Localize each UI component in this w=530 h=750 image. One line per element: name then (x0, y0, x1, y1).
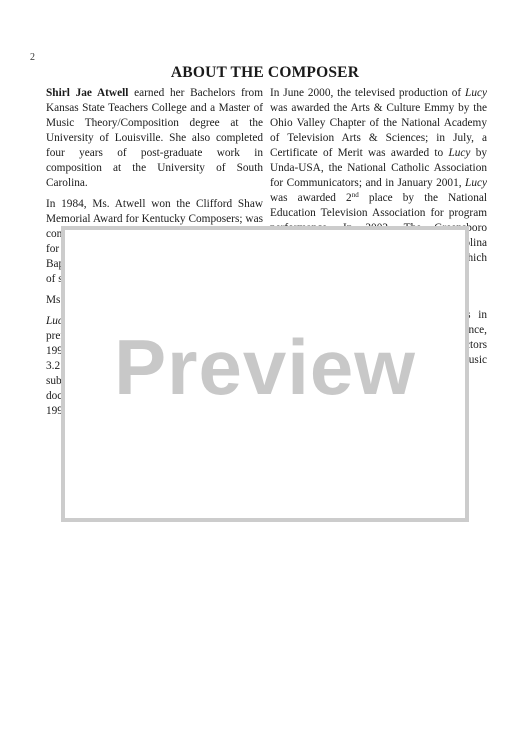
paragraph-text: was awarded 2 (270, 192, 352, 204)
superscript: nd (352, 191, 359, 199)
paragraph-text: earned her Bachelors from Kansas State T… (46, 87, 263, 189)
work-title: Lucy (465, 87, 487, 99)
preview-watermark-overlay: Preview (61, 226, 469, 522)
paragraph-text: In June 2000, the televised production o… (270, 87, 465, 99)
work-title: Lucy (465, 177, 487, 189)
preview-watermark-label: Preview (65, 322, 465, 413)
composer-name: Shirl Jae Atwell (46, 87, 128, 99)
page-title: ABOUT THE COMPOSER (0, 64, 530, 82)
work-title: Lucy (448, 147, 470, 159)
paragraph-education: Shirl Jae Atwell earned her Bachelors fr… (46, 86, 263, 191)
page-number: 2 (30, 52, 35, 63)
